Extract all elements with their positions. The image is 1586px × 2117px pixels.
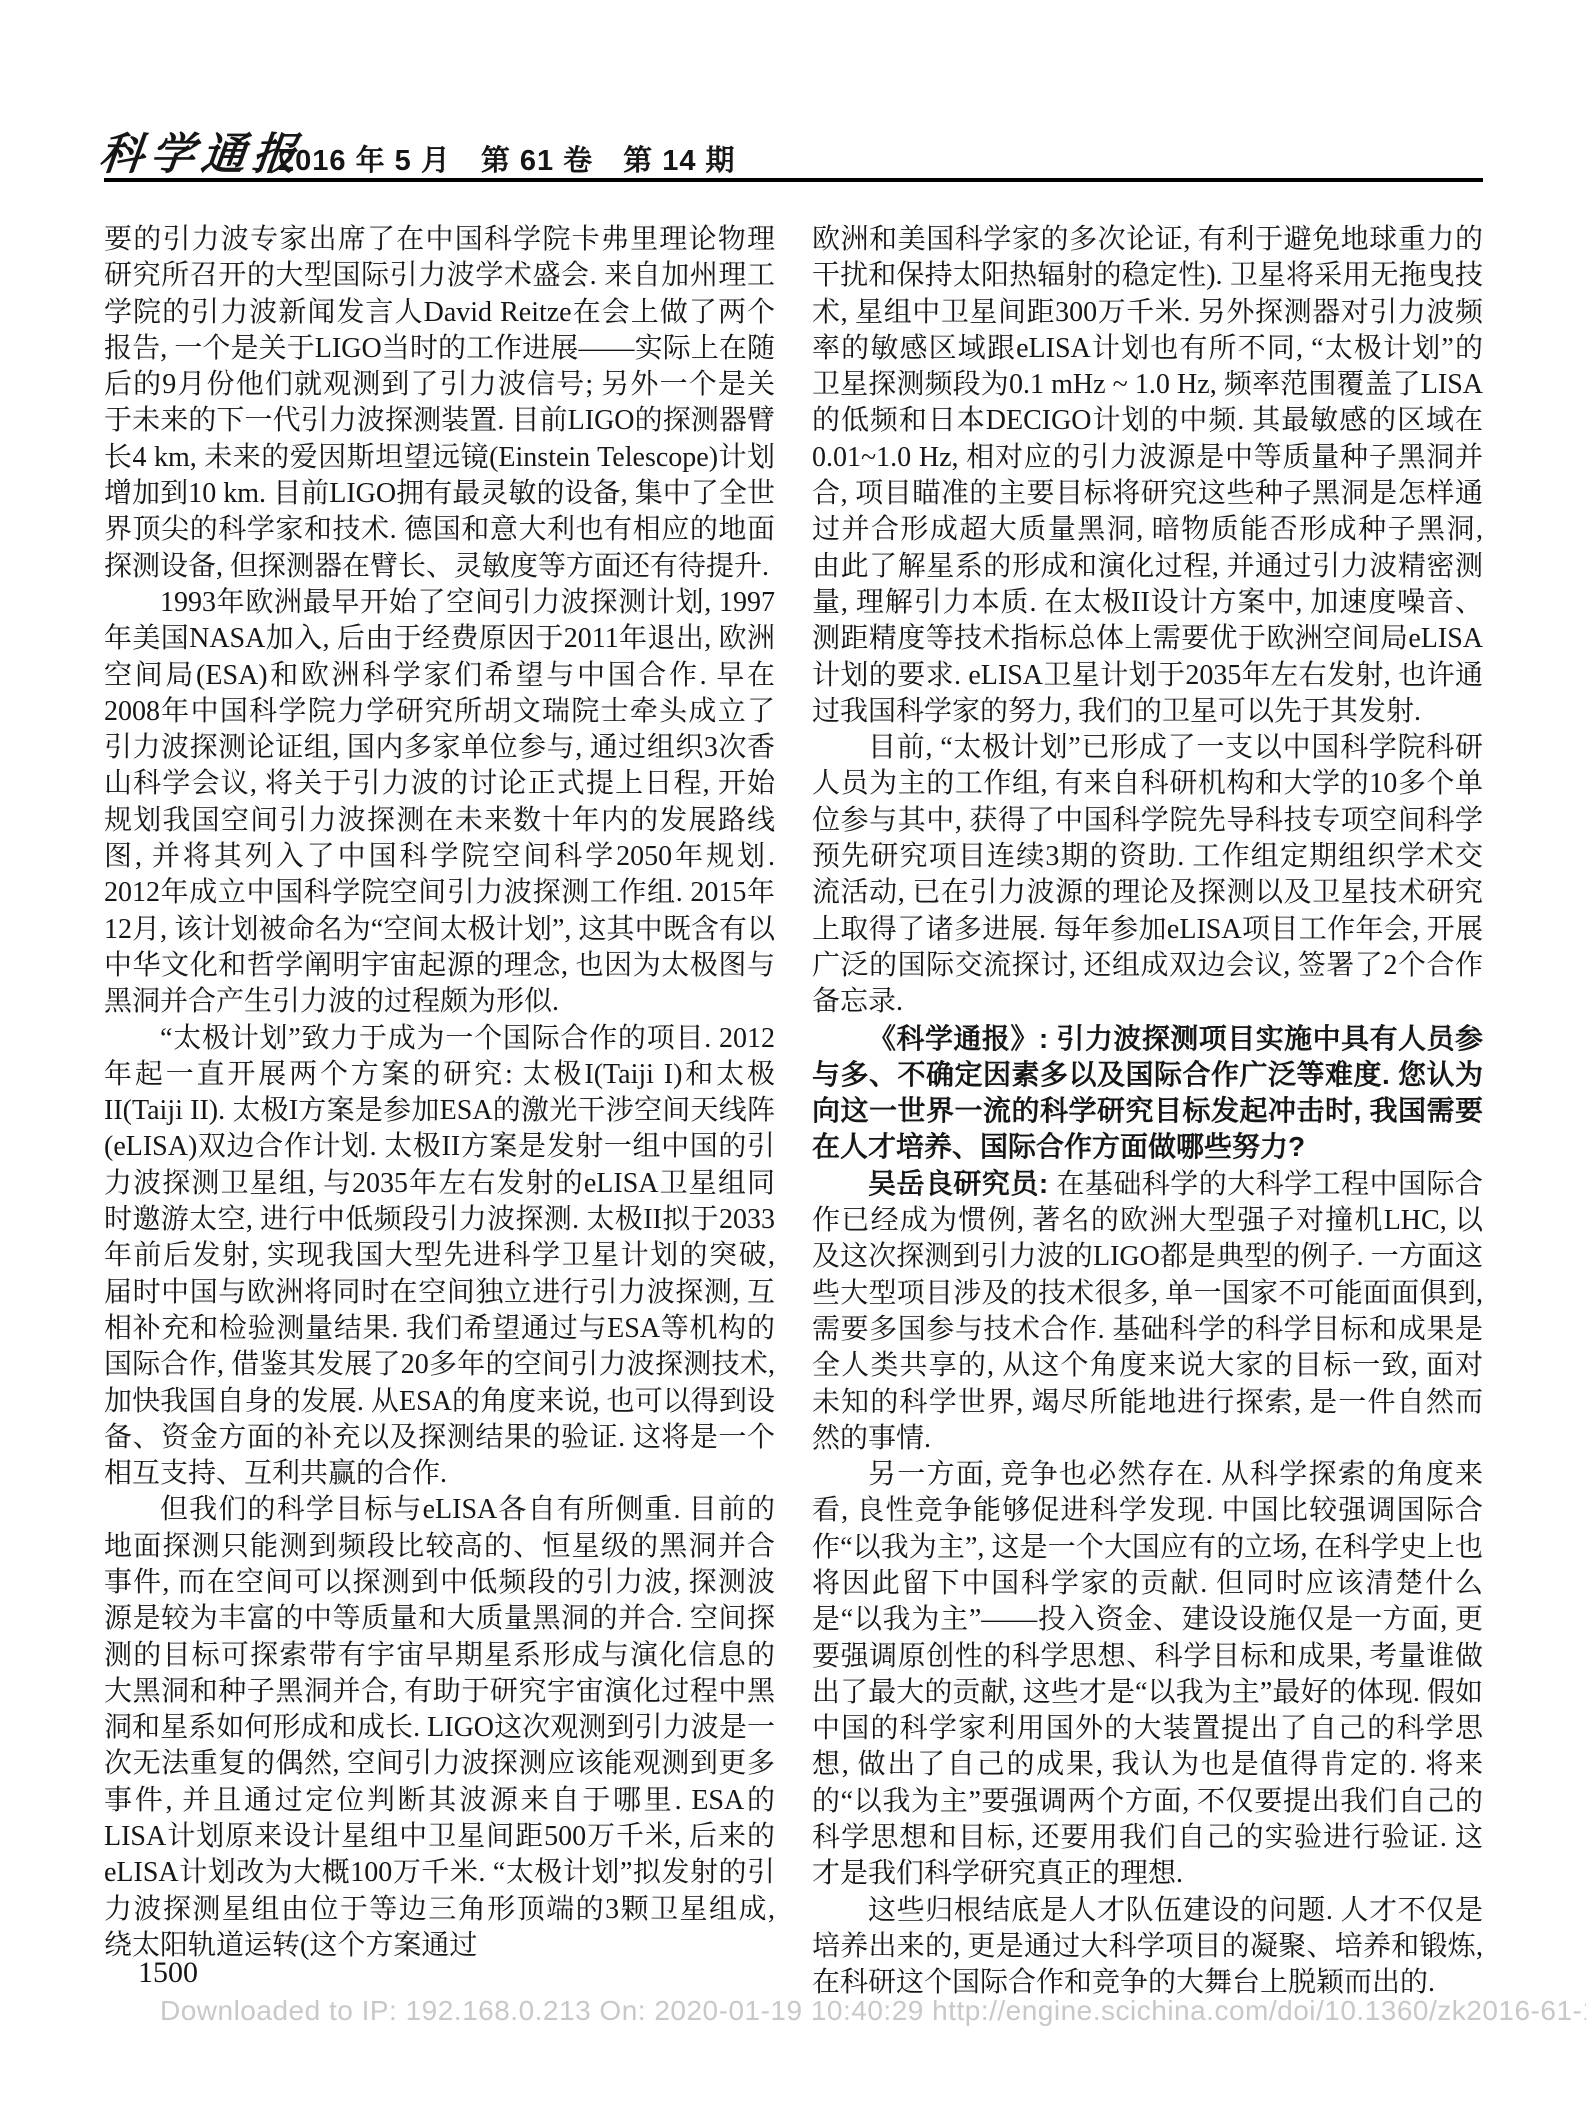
page-number: 1500 (138, 1956, 198, 1990)
left-column: 要的引力波专家出席了在中国科学院卡弗里理论物理研究所召开的大型国际引力波学术盛会… (104, 222, 775, 1964)
interviewee-name: 吴岳良研究员: (868, 1168, 1056, 1199)
paragraph: 1993年欧洲最早开始了空间引力波探测计划, 1997年美国NASA加入, 后由… (104, 585, 775, 1021)
issue-info: 2016 年 5 月 第 61 卷 第 14 期 (278, 138, 736, 179)
right-column: 欧洲和美国科学家的多次论证, 有利于避免地球重力的干扰和保持太阳热辐射的稳定性)… (812, 222, 1483, 2002)
paragraph: 但我们的科学目标与eLISA各自有所侧重. 目前的地面探测只能测到频段比较高的、… (104, 1492, 775, 1964)
interview-question: 《科学通报》: 引力波探测项目实施中具有人员参与多、不确定因素多以及国际合作广泛… (812, 1021, 1483, 1166)
download-watermark: Downloaded to IP: 192.168.0.213 On: 2020… (160, 1995, 1586, 2027)
journal-page: 科学通报 2016 年 5 月 第 61 卷 第 14 期 要的引力波专家出席了… (0, 0, 1586, 2117)
paragraph: “太极计划”致力于成为一个国际合作的项目. 2012年起一直开展两个方案的研究:… (104, 1021, 775, 1493)
answer-text: 在基础科学的大科学工程中国际合作已经成为惯例, 著名的欧洲大型强子对撞机LHC,… (812, 1169, 1483, 1454)
paragraph: 欧洲和美国科学家的多次论证, 有利于避免地球重力的干扰和保持太阳热辐射的稳定性)… (812, 222, 1483, 730)
paragraph: 目前, “太极计划”已形成了一支以中国科学院科研人员为主的工作组, 有来自科研机… (812, 730, 1483, 1020)
interview-answer: 吴岳良研究员: 在基础科学的大科学工程中国际合作已经成为惯例, 著名的欧洲大型强… (812, 1166, 1483, 1457)
journal-logo: 科学通报 (97, 118, 308, 182)
paragraph: 要的引力波专家出席了在中国科学院卡弗里理论物理研究所召开的大型国际引力波学术盛会… (104, 222, 775, 585)
paragraph: 另一方面, 竞争也必然存在. 从科学探索的角度来看, 良性竞争能够促进科学发现.… (812, 1457, 1483, 1893)
paragraph: 这些归根结底是人才队伍建设的问题. 人才不仅是培养出来的, 更是通过大科学项目的… (812, 1893, 1483, 2002)
header-divider (104, 178, 1483, 182)
